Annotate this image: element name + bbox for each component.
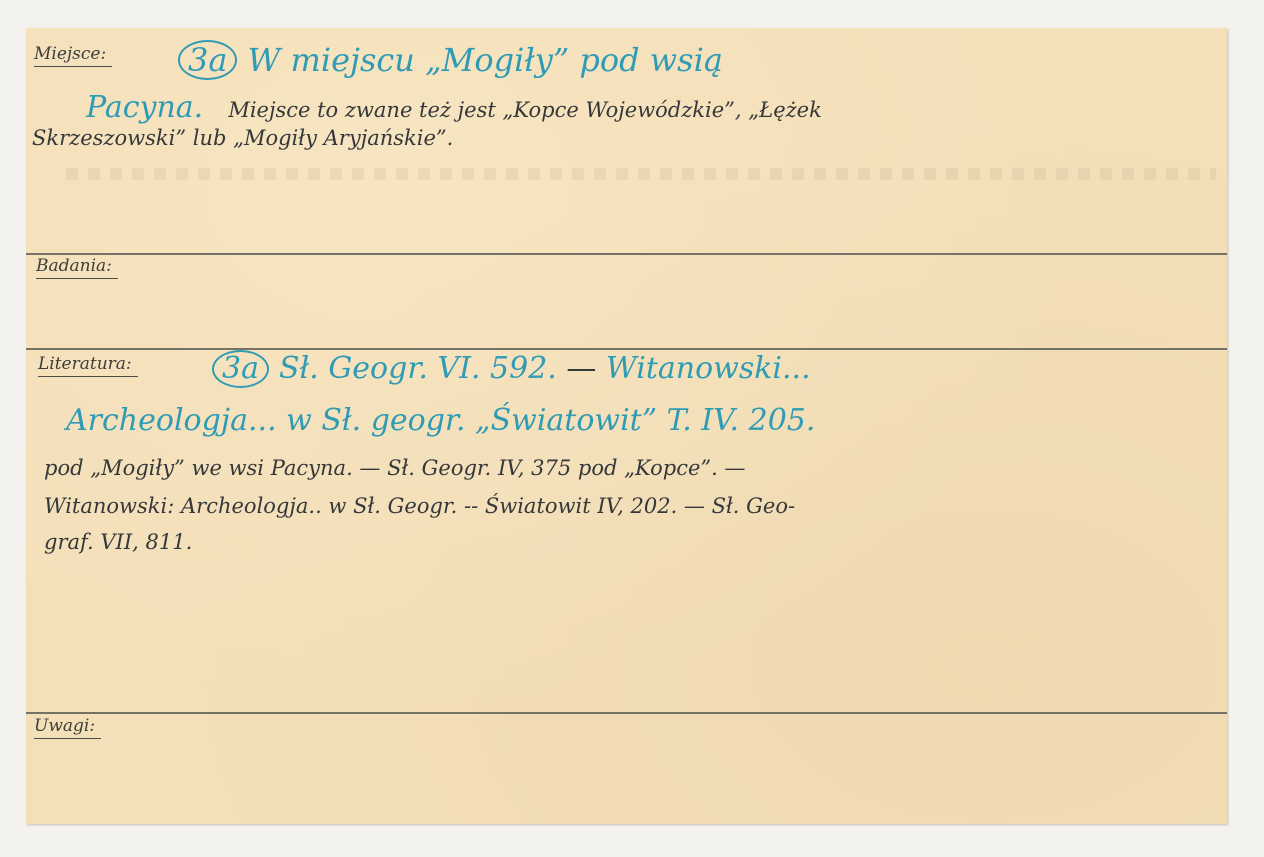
literatura-marker: 3a	[212, 350, 269, 388]
field-label-miejsce: Miejsce:	[34, 44, 112, 67]
miejsce-place-name: Pacyna.	[86, 90, 203, 125]
miejsce-line-2: Pacyna. Miejsce to zwane też jest „Kopce…	[86, 90, 822, 125]
field-label-literatura: Literatura:	[38, 354, 138, 377]
literatura-line-4: Witanowski: Archeologja.. w Sł. Geogr. -…	[44, 494, 795, 518]
divider-rule	[26, 253, 1227, 255]
miejsce-line-1: 3aW miejscu „Mogiły” pod wsią	[178, 40, 723, 80]
miejsce-text-2: Miejsce to zwane też jest „Kopce Wojewód…	[228, 98, 822, 122]
literatura-text-1a: Sł. Geogr. VI. 592.	[279, 351, 557, 386]
archive-index-card: Miejsce: 3aW miejscu „Mogiły” pod wsią P…	[26, 28, 1227, 824]
literatura-line-1: 3aSł. Geogr. VI. 592. — Witanowski...	[212, 350, 811, 388]
field-label-badania: Badania:	[36, 256, 118, 279]
erased-text-trace	[66, 168, 1216, 180]
literatura-text-1b: Witanowski...	[606, 351, 811, 386]
literatura-line-3: pod „Mogiły” we wsi Pacyna. — Sł. Geogr.…	[44, 456, 745, 480]
literatura-line-2: Archeologja... w Sł. geogr. „Światowit” …	[66, 403, 815, 438]
literatura-line-5: graf. VII, 811.	[44, 530, 192, 554]
miejsce-text-1: W miejscu „Mogiły” pod wsią	[247, 41, 722, 79]
miejsce-marker: 3a	[178, 40, 237, 80]
divider-rule	[26, 712, 1227, 714]
miejsce-line-3: Skrzeszowski” lub „Mogiły Aryjańskie”.	[32, 126, 453, 150]
field-label-uwagi: Uwagi:	[34, 716, 101, 739]
